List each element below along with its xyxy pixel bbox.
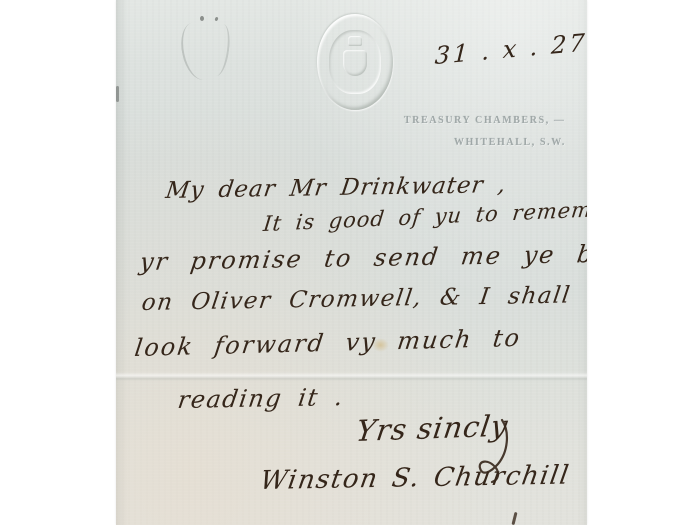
scanned-letter-page: 31 . x . 27 TREASURY CHAMBERS, — WHITEHA…	[0, 0, 700, 525]
letter-photograph: 31 . x . 27 TREASURY CHAMBERS, — WHITEHA…	[116, 0, 587, 525]
body-line-5: reading it .	[176, 383, 346, 414]
paper-edge-fleck	[116, 86, 119, 102]
fold-crease	[116, 372, 587, 381]
letterhead-line2: WHITEHALL, S.W.	[454, 137, 566, 148]
pencil-smudge-dot	[200, 16, 204, 21]
letterhead-line1: TREASURY CHAMBERS, —	[404, 115, 566, 126]
seal-crown-shape	[348, 36, 362, 46]
signature: Winston S. Churchill	[258, 461, 572, 496]
seal-shield-shape	[343, 50, 367, 76]
stain-spot	[372, 338, 389, 352]
embossed-royal-seal-icon	[317, 14, 393, 110]
